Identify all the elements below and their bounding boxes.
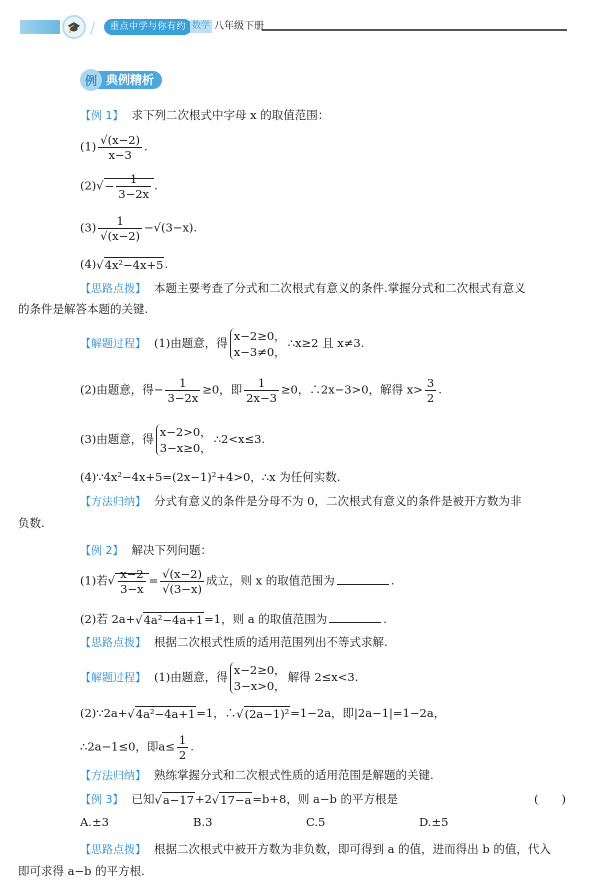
numerator: √(x−2) [98,133,142,148]
punct: . [164,257,168,271]
equation: x−2≥0， [234,328,286,344]
answer-paren[interactable]: ( ) [534,790,566,808]
prompt-text: 求下列二次根式中字母 x 的取值范围： [132,108,330,122]
solution-text: (3)由题意，得 [80,432,154,446]
example3-options: A.±3 B.3 C.5 D.±5 [80,815,532,829]
radicand: 4a²−4a+1 [143,612,205,627]
equation-system: x−2≥0，3−x>0， [230,662,286,694]
example1-item-2: (2)√−13−2x. [80,172,158,201]
grade-label: 八年级下册 [214,19,264,34]
equation: 3−x>0， [234,678,286,694]
denominator: 2x−3 [244,391,279,405]
hint-text: 根据二次根式中被开方数为非负数，即可得到 a 的值，进而得出 b 的值，代入 [154,842,551,856]
denominator: √(x−2) [98,229,142,243]
example2-solution-3: ∴2a−1≤0，即a≤12. [80,733,194,762]
denominator: x−3 [98,148,142,162]
fraction: 1√(x−2) [98,214,142,243]
equation: 3−x≥0， [160,440,212,456]
punct: . [144,140,148,154]
expression: −√(3−x) [144,221,193,235]
hint-text: 根据二次根式性质的适用范围列出不等式求解. [154,635,388,649]
example2-method: 【方法归纳】熟练掌握分式和二次根式性质的适用范围是解题的关键. [80,766,434,785]
example3-hint-cont: 即可求得 a−b 的平方根. [18,862,145,880]
punct: . [154,179,158,193]
question-text: =b+8，则 a−b 的平方根是 [252,792,398,806]
hint-tag: 【思路点拨】 [80,282,146,295]
method-text: 负数. [18,516,45,530]
answer-blank[interactable] [329,611,381,623]
page-header: 🎓 / 重点中学与你有约 数学 八年级下册 [0,14,608,44]
solution-text: ≥0，即 [202,383,242,397]
solution-tag: 【解题过程】 [80,671,146,684]
numerator: 1 [165,376,200,391]
example1-tag: 【例 1】 [80,109,124,122]
section-heading: 例 典例精析 [80,68,162,92]
example1-solution-3: (3)由题意，得x−2>0，3−x≥0，∴2<x≤3. [80,424,265,456]
example1-hint: 【思路点拨】本题主要考查了分式和二次根式有意义的条件.掌握分式和二次根式有意义 [80,279,526,298]
example3-hint: 【思路点拨】根据二次根式中被开方数为非负数，即可得到 a 的值，进而得出 b 的… [80,840,551,859]
example1-solution-2: (2)由题意，得−13−2x≥0，即12x−3≥0，∴2x−3>0，解得 x>3… [80,376,442,405]
question-text: (2)若 2a+ [80,612,135,626]
denominator: 3−x [118,582,145,596]
numerator: 3 [425,376,436,391]
header-band [20,20,60,34]
question-text: +2 [195,792,212,806]
solution-text: (1)由题意，得 [154,670,228,684]
subject-badge: 数学 [190,20,212,33]
radicand: a−17 [162,792,195,807]
denominator: 2 [177,748,188,762]
denominator: 3−2x [116,187,151,201]
example-icon: 例 [80,69,102,91]
radicand: 17−a [219,792,252,807]
example1-method: 【方法归纳】分式有意义的条件是分母不为 0，二次根式有意义的条件是被开方数为非 [80,492,521,511]
hint-text: 即可求得 a−b 的平方根. [18,864,145,878]
hint-text: 的条件是解答本题的关键. [18,302,148,316]
punct: . [391,574,395,588]
numerator: 1 [244,376,279,391]
hint-tag: 【思路点拨】 [80,843,146,856]
example1-item-4: (4)√4x²−4x+5. [80,255,168,274]
example1-method-cont: 负数. [18,514,45,532]
sqrt: √−13−2x [96,172,154,201]
option-c[interactable]: C.5 [306,815,419,829]
solution-text: ∴x≥2 且 x≠3. [288,336,365,350]
prompt-text: 解决下列问题： [132,543,213,557]
numerator: x−2 [118,567,145,582]
method-text: 分式有意义的条件是分母不为 0，二次根式有意义的条件是被开方数为非 [154,494,521,508]
numerator: 1 [98,214,142,229]
punct: . [383,612,387,626]
solution-tag: 【解题过程】 [80,337,146,350]
example2-q1: (1)若√x−23−x=√(x−2)√(3−x)成立，则 x 的取值范围为. [80,567,394,596]
equation: x−3≠0， [234,344,286,360]
punct: . [438,383,442,397]
example3-tag: 【例 3】 [80,793,124,806]
solution-text: ∴2<x≤3. [214,432,265,446]
numerator: 1 [177,733,188,748]
example2-prompt: 【例 2】解决下列问题： [80,541,212,560]
equation: x−2>0， [160,424,212,440]
solution-text: =1−2a，即|2a−1|=1−2a， [290,706,445,720]
option-d[interactable]: D.±5 [419,815,532,829]
denominator: 2 [425,391,436,405]
denominator: √(3−x) [160,582,204,596]
solution-text: (2)∵2a+ [80,706,127,720]
header-divider: / [90,18,95,37]
question-text: 已知 [132,792,155,806]
solution-text: (2)由题意，得− [80,383,163,397]
header-rule [262,29,567,31]
option-b[interactable]: B.3 [193,815,306,829]
item-label: (3) [80,221,96,235]
example2-tag: 【例 2】 [80,544,124,557]
method-text: 熟练掌握分式和二次根式性质的适用范围是解题的关键. [154,768,434,782]
fraction: √(x−2)x−3 [98,133,142,162]
item-label: (1) [80,140,96,154]
radicand: 4x²−4x+5 [104,257,165,272]
method-tag: 【方法归纳】 [80,495,146,508]
option-a[interactable]: A.±3 [80,815,193,829]
example2-solution-1: 【解题过程】(1)由题意，得x−2≥0，3−x>0，解得 2≤x<3. [80,662,358,694]
example2-solution-2: (2)∵2a+√4a²−4a+1=1，∴√(2a−1)²=1−2a，即|2a−1… [80,704,445,723]
item-label: (4) [80,257,96,271]
solution-text: ∴2a−1≤0，即a≤ [80,740,175,754]
example1-item-3: (3)1√(x−2)−√(3−x). [80,214,197,243]
solution-text: 解得 2≤x<3. [288,670,359,684]
punct: . [193,221,197,235]
series-title: 重点中学与你有约 [104,19,192,35]
question-text: 成立，则 x 的取值范围为 [206,574,335,588]
example3-prompt: 【例 3】已知√a−17+2√17−a=b+8，则 a−b 的平方根是 [80,790,398,809]
punct: . [190,740,194,754]
denominator: 3−2x [165,391,200,405]
section-title: 典例精析 [98,71,162,89]
example1-solution-4: (4)∵4x²−4x+5=(2x−1)²+4>0，∴x 为任何实数. [80,468,340,486]
equation-system: x−2>0，3−x≥0， [156,424,212,456]
solution-text: (4)∵4x²−4x+5=(2x−1)²+4>0，∴x 为任何实数. [80,470,340,484]
method-tag: 【方法归纳】 [80,769,146,782]
hint-text: 本题主要考查了分式和二次根式有意义的条件.掌握分式和二次根式有意义 [154,281,526,295]
medal-icon: 🎓 [62,15,86,39]
numerator: √(x−2) [160,567,204,582]
equation-system: x−2≥0，x−3≠0， [230,328,286,360]
example2-q2: (2)若 2a+√4a²−4a+1=1，则 a 的取值范围为. [80,610,387,629]
answer-blank[interactable] [337,573,389,585]
solution-text: =1，∴ [196,706,236,720]
question-text: (1)若 [80,574,108,588]
example1-hint-cont: 的条件是解答本题的关键. [18,300,148,318]
sqrt: √4x²−4x+5 [96,256,164,274]
question-text: =1，则 a 的取值范围为 [204,612,327,626]
radicand: (2a−1)² [244,706,291,721]
example1-prompt: 【例 1】求下列二次根式中字母 x 的取值范围： [80,106,329,125]
example2-hint: 【思路点拨】根据二次根式性质的适用范围列出不等式求解. [80,633,388,652]
example1-solution-1: 【解题过程】(1)由题意，得x−2≥0，x−3≠0，∴x≥2 且 x≠3. [80,328,364,360]
solution-text: (1)由题意，得 [154,336,228,350]
hint-tag: 【思路点拨】 [80,636,146,649]
numerator: 1 [116,172,151,187]
solution-text: ≥0，∴2x−3>0，解得 x> [281,383,423,397]
item-label: (2) [80,179,96,193]
equation: x−2≥0， [234,662,286,678]
example1-item-1: (1)√(x−2)x−3. [80,133,148,162]
radicand: 4a²−4a+1 [135,706,197,721]
